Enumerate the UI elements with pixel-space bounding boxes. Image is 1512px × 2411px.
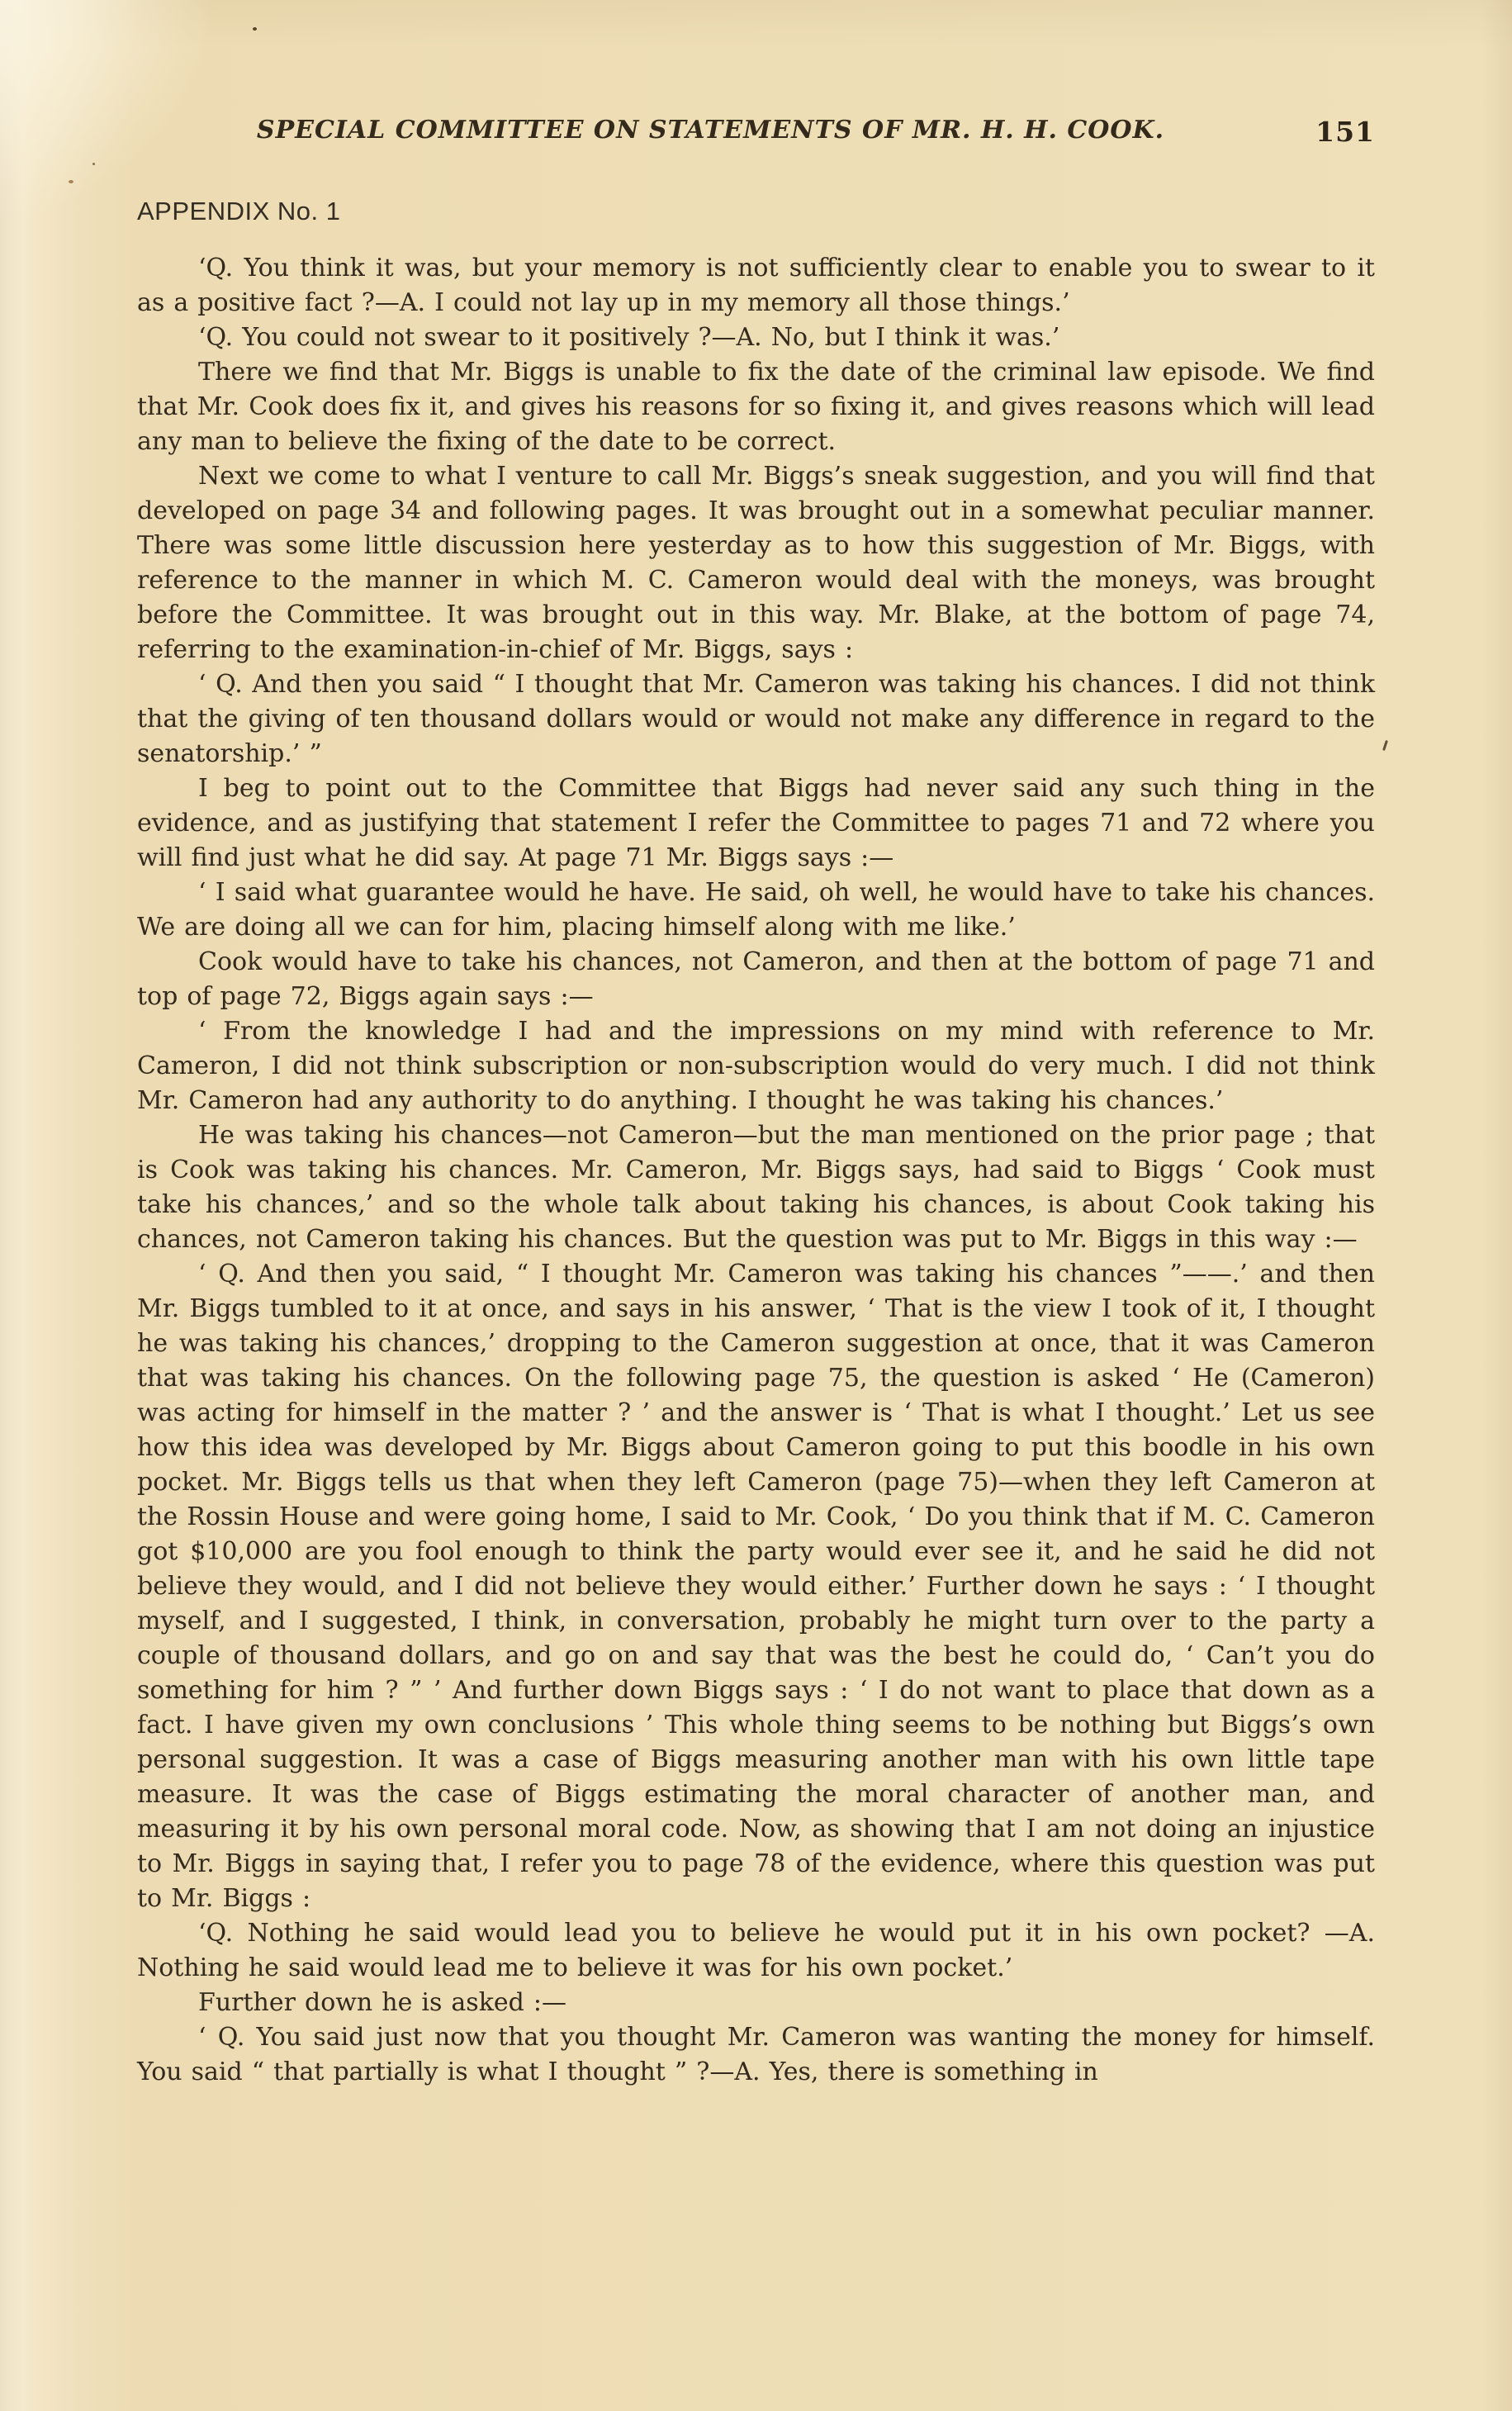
- page-number: 151: [1315, 116, 1375, 148]
- ink-speck: [92, 163, 95, 165]
- appendix-heading: APPENDIX No. 1: [137, 197, 1375, 226]
- paragraph: ‘ Q. You said just now that you thought …: [137, 2020, 1375, 2090]
- paragraph: ‘ Q. And then you said “ I thought that …: [137, 667, 1375, 771]
- paragraph: ‘ Q. And then you said, “ I thought Mr. …: [137, 1257, 1375, 1916]
- ink-speck: [253, 27, 257, 31]
- paragraph: Further down he is asked :—: [137, 1986, 1375, 2020]
- paragraph: Cook would have to take his chances, not…: [137, 945, 1375, 1014]
- scanned-document-page: SPECIAL COMMITTEE ON STATEMENTS OF MR. H…: [0, 0, 1512, 2411]
- body-paragraphs: ‘Q. You think it was, but your memory is…: [137, 251, 1375, 2090]
- paragraph: ‘Q. You could not swear to it positively…: [137, 320, 1375, 355]
- paragraph: I beg to point out to the Committee that…: [137, 771, 1375, 876]
- paragraph: ‘ From the knowledge I had and the impre…: [137, 1014, 1375, 1118]
- running-header: SPECIAL COMMITTEE ON STATEMENTS OF MR. H…: [137, 116, 1375, 154]
- paragraph: ‘ I said what guarantee would he have. H…: [137, 876, 1375, 945]
- paragraph: There we find that Mr. Biggs is unable t…: [137, 355, 1375, 459]
- paragraph: Next we come to what I venture to call M…: [137, 459, 1375, 667]
- running-header-title: SPECIAL COMMITTEE ON STATEMENTS OF MR. H…: [137, 116, 1284, 145]
- paragraph: He was taking his chances—not Cameron—bu…: [137, 1118, 1375, 1257]
- paragraph: ‘Q. Nothing he said would lead you to be…: [137, 1916, 1375, 1986]
- paragraph: ‘Q. You think it was, but your memory is…: [137, 251, 1375, 320]
- ink-speck: [69, 180, 73, 183]
- stray-quote-mark: [1382, 740, 1388, 751]
